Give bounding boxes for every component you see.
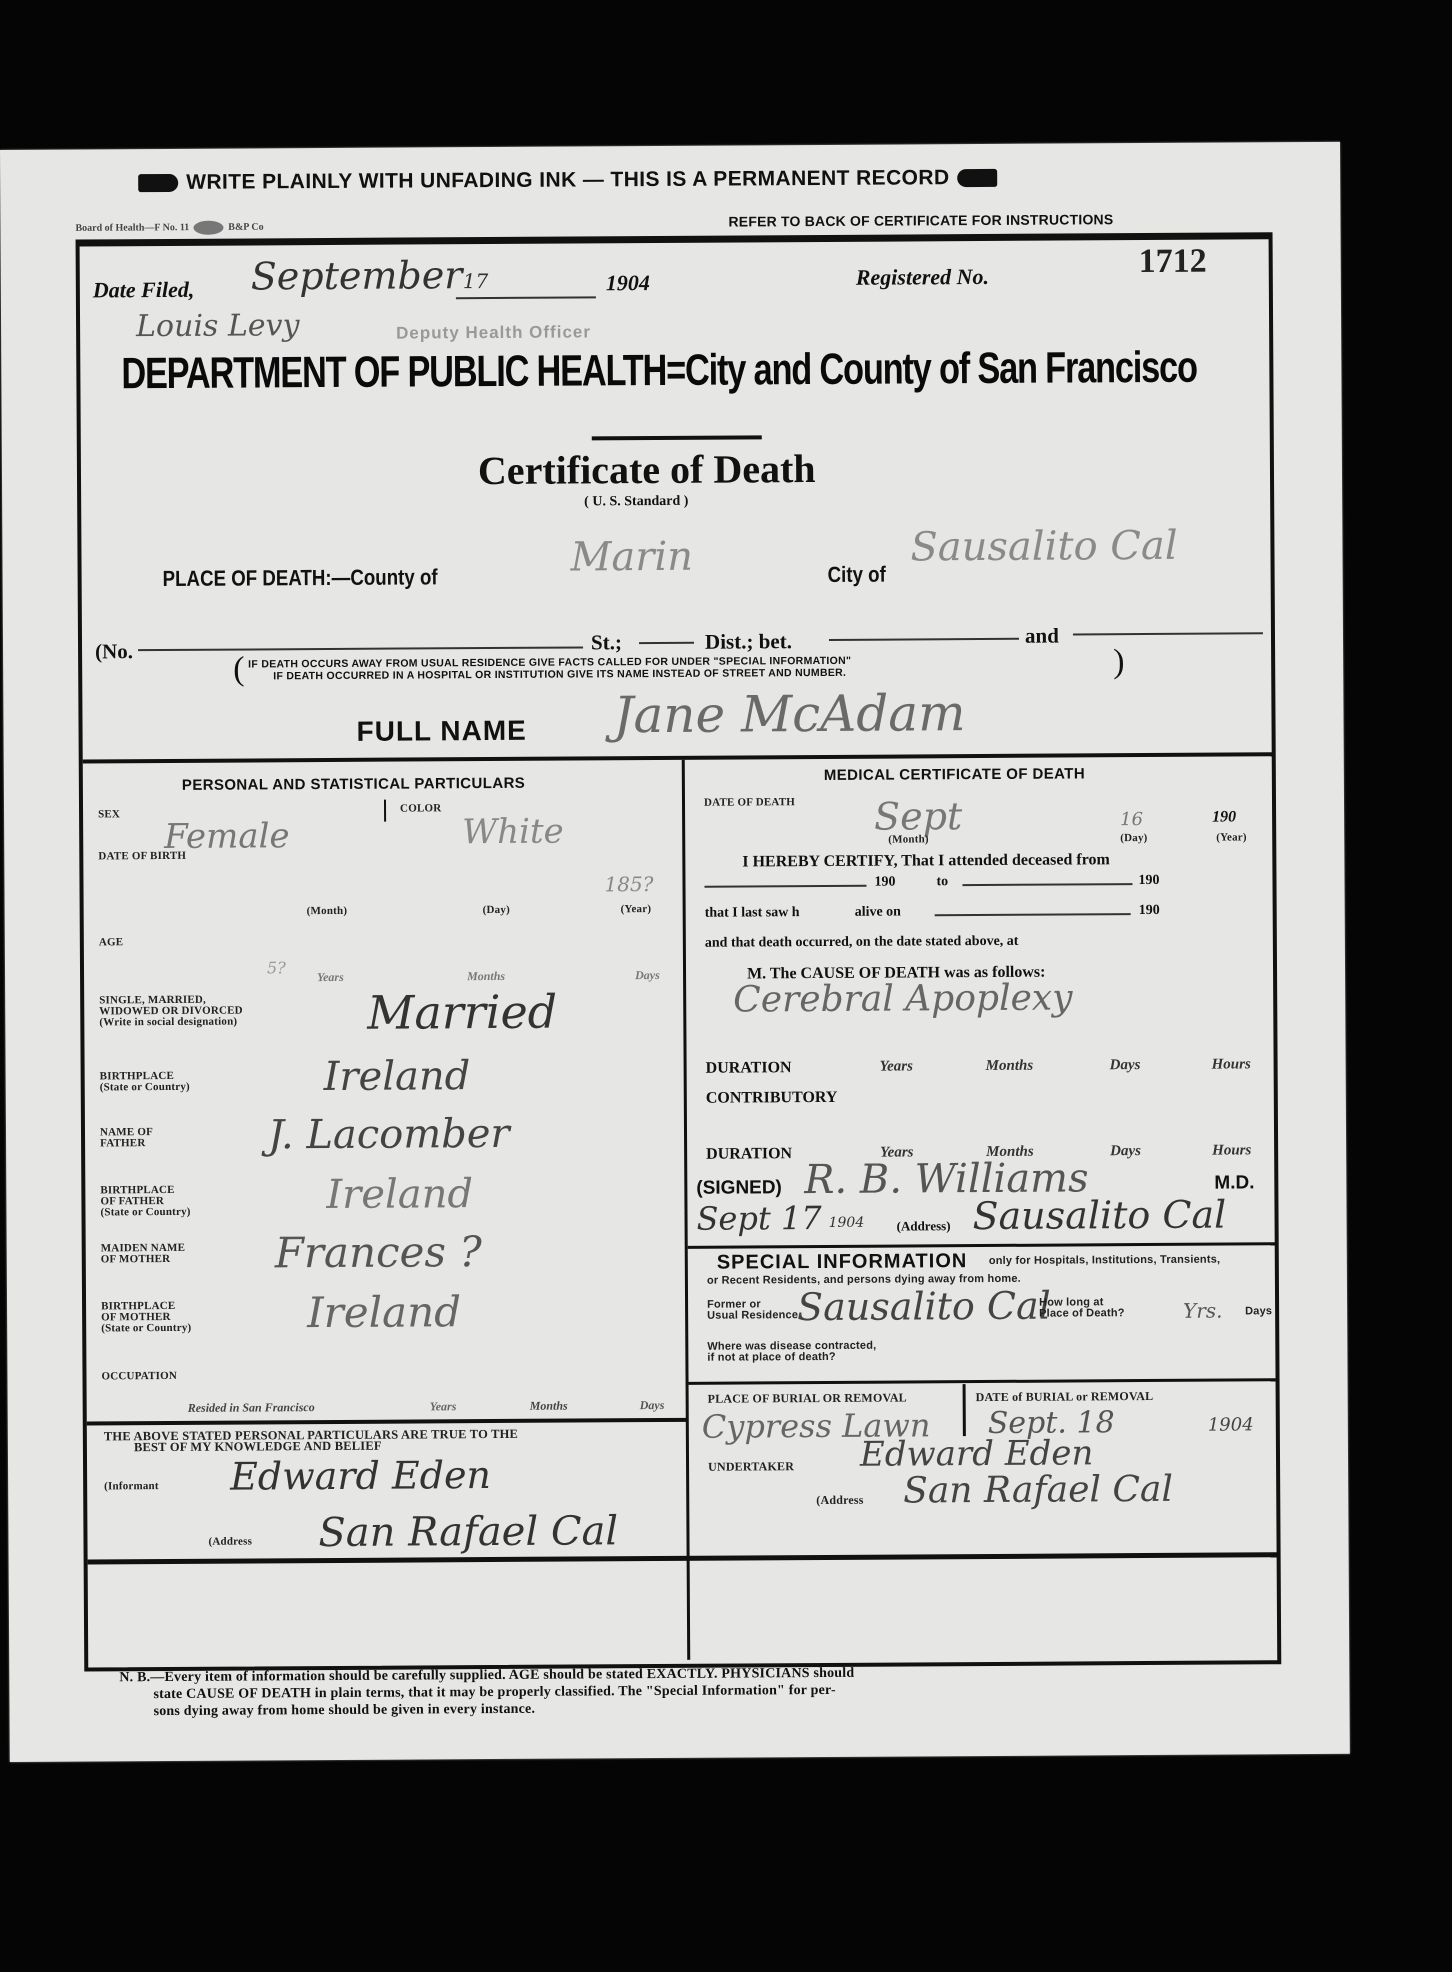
former-residence-label: Former or Usual Residence [707,1299,798,1322]
mother-bp-label-line-3: (State or Country) [101,1323,191,1335]
resided-years-label: Years [430,1399,457,1414]
age-years-value: 5? [267,958,286,977]
how-long-value: Yrs. [1183,1299,1223,1323]
medical-certificate-title: MEDICAL CERTIFICATE OF DEATH [824,765,1085,784]
permanent-record-banner: WRITE PLAINLY WITH UNFADING INK — THIS I… [130,166,1005,195]
color-value: White [462,812,564,853]
city-value: Sausalito Cal [910,523,1177,571]
nb-line-3: sons dying away from home should be give… [119,1699,854,1720]
seal-icon [194,221,224,235]
birthplace-value: Ireland [324,1053,471,1100]
duration-months-label: Months [986,1058,1034,1075]
dob-day-label: (Day) [483,905,510,916]
special-info-title: SPECIAL INFORMATION [717,1250,968,1275]
md-label: M.D. [1214,1172,1254,1194]
duration-label: DURATION [706,1059,792,1078]
city-label: City of [828,562,886,588]
alive-on-label: alive on [855,905,901,921]
resided-months-label: Months [530,1399,568,1414]
date-filed-month: September [251,253,463,298]
birthplace-label-line-2: (State or Country) [100,1082,190,1094]
and-label: and [1025,624,1059,649]
mother-birthplace-label: BIRTHPLACE OF MOTHER (State or Country) [101,1301,191,1335]
certificate-title: Certificate of Death [478,445,816,494]
sex-color-divider [384,800,386,822]
contributory-hours-label: Hours [1212,1142,1251,1159]
color-label: COLOR [400,803,441,814]
sign-year: 1904 [829,1215,865,1231]
district-label: Dist.; bet. [705,629,792,655]
father-name-value: J. Lacomber [268,1111,510,1158]
informant-address-label: (Address [208,1536,252,1547]
officer-stamp: Deputy Health Officer [396,322,591,343]
age-months-label: Months [467,969,505,984]
street-line [639,642,694,644]
marital-value: Married [367,985,557,1040]
duration-hours-label: Hours [1212,1056,1251,1073]
physician-address: Sausalito Cal [972,1193,1226,1239]
mother-label-line-2: OF MOTHER [101,1254,185,1266]
note-paren-left: ( [233,651,245,689]
personal-particulars-title: PERSONAL AND STATISTICAL PARTICULARS [182,775,525,794]
full-name-label: FULL NAME [356,715,526,748]
date-filed-year: 1904 [606,270,650,296]
nb-footer: N. B.—Every item of information should b… [119,1665,854,1720]
date-of-death-day: 16 [1120,809,1143,830]
burial-place-label: PLACE OF BURIAL OR REMOVAL [708,1392,907,1404]
resided-days-label: Days [640,1398,665,1413]
street-no-label: (No. [95,639,133,664]
certify-to-label: to [936,874,948,890]
dob-year-label: (Year) [621,904,652,915]
sex-label: SEX [98,809,120,820]
how-long-label: How long at Place of Death? [1039,1297,1125,1320]
last-saw-label: that I last saw h [705,905,800,922]
date-filed-label: Date Filed, [93,277,195,304]
dod-year-label: (Year) [1216,832,1247,843]
marital-label-line-3: (Write in social designation) [99,1017,243,1029]
undertaker-label: UNDERTAKER [708,1461,794,1473]
duration-days-label: Days [1110,1057,1141,1074]
mother-name-value: Frances ? [275,1227,482,1277]
certify-to-year: 190 [1138,873,1159,889]
dod-month-label: (Month) [888,834,929,845]
how-long-days-label: Days [1245,1306,1272,1317]
informant-name: Edward Eden [230,1453,491,1499]
registered-no-label: Registered No. [856,264,989,291]
father-bp-label-line-3: (State or Country) [100,1207,190,1219]
former-label-line-2: Usual Residence [707,1310,798,1322]
refer-instructions: REFER TO BACK OF CERTIFICATE FOR INSTRUC… [728,211,1113,229]
death-occurred-statement: and that death occurred, on the date sta… [705,934,1019,952]
contributory-label: CONTRIBUTORY [706,1089,838,1108]
dod-day-label: (Day) [1120,833,1147,844]
burial-year-value: 1904 [1208,1414,1254,1435]
banner-text: WRITE PLAINLY WITH UNFADING INK — THIS I… [186,166,949,194]
informant-statement: THE ABOVE STATED PERSONAL PARTICULARS AR… [104,1429,518,1454]
registered-no: 1712 [1139,243,1207,281]
birthplace-label: BIRTHPLACE (State or Country) [100,1071,190,1094]
date-of-death-month: Sept [874,794,962,839]
disease-contracted-label: Where was disease contracted, if not at … [707,1341,876,1364]
certify-statement: I HEREBY CERTIFY, That I attended deceas… [742,851,1110,871]
alive-on-year: 190 [1139,903,1160,919]
former-residence-value: Sausalito Cal [797,1284,1051,1330]
cause-of-death-value: Cerebral Apoplexy [733,977,1073,1020]
board-label-text: Board of Health—F No. 11 [75,222,189,234]
father-birthplace-value: Ireland [326,1171,473,1218]
marital-label: SINGLE, MARRIED, WIDOWED OR DIVORCED (Wr… [99,995,243,1029]
dob-year-value: 185? [604,872,653,896]
informant-address: San Rafael Cal [318,1508,618,1556]
contributory-duration-label: DURATION [706,1145,792,1164]
contracted-label-line-2: if not at place of death? [707,1352,876,1364]
us-standard-label: ( U. S. Standard ) [584,494,688,511]
burial-date-label: DATE of BURIAL or REMOVAL [976,1391,1154,1403]
age-years-label: Years [317,970,344,985]
sign-date: Sept 17 [696,1199,821,1238]
death-certificate: WRITE PLAINLY WITH UNFADING INK — THIS I… [0,142,1350,1762]
date-of-death-label: DATE OF DEATH [704,797,795,809]
mother-birthplace-value: Ireland [307,1287,461,1337]
pointing-hand-icon [138,174,178,192]
pointing-hand-icon [957,169,997,187]
age-days-label: Days [635,968,660,983]
father-birthplace-label: BIRTHPLACE OF FATHER (State or Country) [100,1185,190,1219]
dob-month-label: (Month) [307,906,348,917]
signed-label: (SIGNED) [696,1177,782,1200]
department-title: DEPARTMENT OF PUBLIC HEALTH=City and Cou… [121,343,1197,400]
date-filed-day: 17 [463,269,489,293]
resided-label: Resided in San Francisco [188,1400,315,1416]
burial-divider-vertical [963,1384,966,1436]
county-value: Marin [570,534,693,581]
contributory-days-label: Days [1110,1143,1141,1160]
date-of-birth-label: DATE OF BIRTH [98,851,186,863]
duration-years-label: Years [880,1058,913,1075]
age-label: AGE [99,937,124,948]
undertaker-address: San Rafael Cal [903,1469,1173,1512]
printer-label: B&P Co [228,222,263,233]
physician-address-label: (Address) [897,1218,951,1234]
full-name-value: Jane McAdam [613,684,965,744]
informant-label: (Informant [104,1481,159,1492]
place-of-death-label: PLACE OF DEATH:—County of [163,564,438,592]
board-of-health-form-label: Board of Health—F No. 11 B&P Co [75,220,263,235]
father-name-label: NAME OF FATHER [100,1127,153,1149]
special-info-subtitle-1: only for Hospitals, Institutions, Transi… [989,1255,1221,1267]
father-label-line-2: FATHER [100,1138,153,1149]
date-of-death-year: 190 [1212,808,1236,826]
occupation-label: OCCUPATION [101,1371,177,1382]
note-paren-right: ) [1113,643,1125,681]
certify-from-year: 190 [874,875,895,891]
undertaker-name: Edward Eden [860,1433,1094,1474]
officer-signature: Louis Levy [136,308,300,344]
undertaker-address-label: (Address [816,1495,863,1506]
street-label: St.; [591,630,622,655]
mother-name-label: MAIDEN NAME OF MOTHER [101,1243,186,1266]
how-long-label-line-2: Place of Death? [1039,1308,1125,1320]
